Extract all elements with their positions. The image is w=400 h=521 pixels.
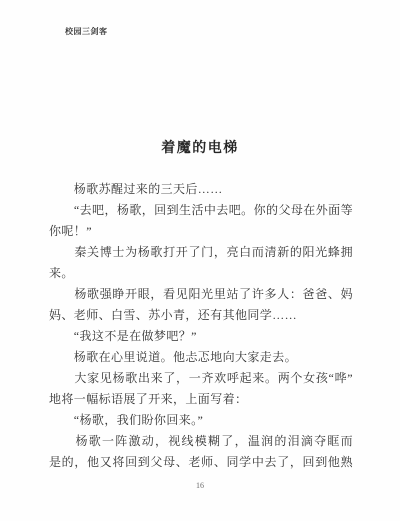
body-text-line: 是的，他又将回到父母、老师、同学中去了，回到他熟悉: [49, 452, 353, 473]
body-text-line: 杨歌在心里说道。他忐忑地向大家走去。: [49, 347, 353, 368]
book-page: 校园三剑客 着魔的电梯 杨歌苏醒过来的三天后…… “去吧，杨歌，回到生活中去吧。…: [0, 0, 400, 521]
body-text-line: 秦关博士为杨歌打开了门，亮白而清新的阳光蜂拥进: [49, 242, 353, 263]
body-text-line: “去吧，杨歌，回到生活中去吧。你的父母在外面等: [49, 200, 353, 221]
body-text-line: 妈、老师、白雪、苏小青，还有其他同学……: [49, 305, 353, 326]
body-text-line: 你呢！”: [49, 221, 353, 242]
body-text-line: 大家见杨歌出来了，一齐欢呼起来。两个女孩“哗”: [49, 368, 353, 389]
body-text-line: 杨歌强睁开眼，看见阳光里站了许多人：爸爸、妈: [49, 284, 353, 305]
running-header: 校园三剑客: [65, 26, 108, 37]
chapter-title: 着魔的电梯: [0, 137, 400, 157]
body-text-line: “我这不是在做梦吧？”: [49, 326, 353, 347]
body-text: 杨歌苏醒过来的三天后…… “去吧，杨歌，回到生活中去吧。你的父母在外面等你呢！”…: [49, 179, 353, 473]
body-text-line: 杨歌苏醒过来的三天后……: [49, 179, 353, 200]
page-number: 16: [0, 481, 400, 490]
body-text-line: “杨歌，我们盼你回来。”: [49, 410, 353, 431]
body-text-line: 杨歌一阵激动，视线模糊了，温润的泪滴夺眶而出。: [49, 431, 353, 452]
body-text-line: 地将一幅标语展了开来，上面写着：: [49, 389, 353, 410]
body-text-line: 来。: [49, 263, 353, 284]
